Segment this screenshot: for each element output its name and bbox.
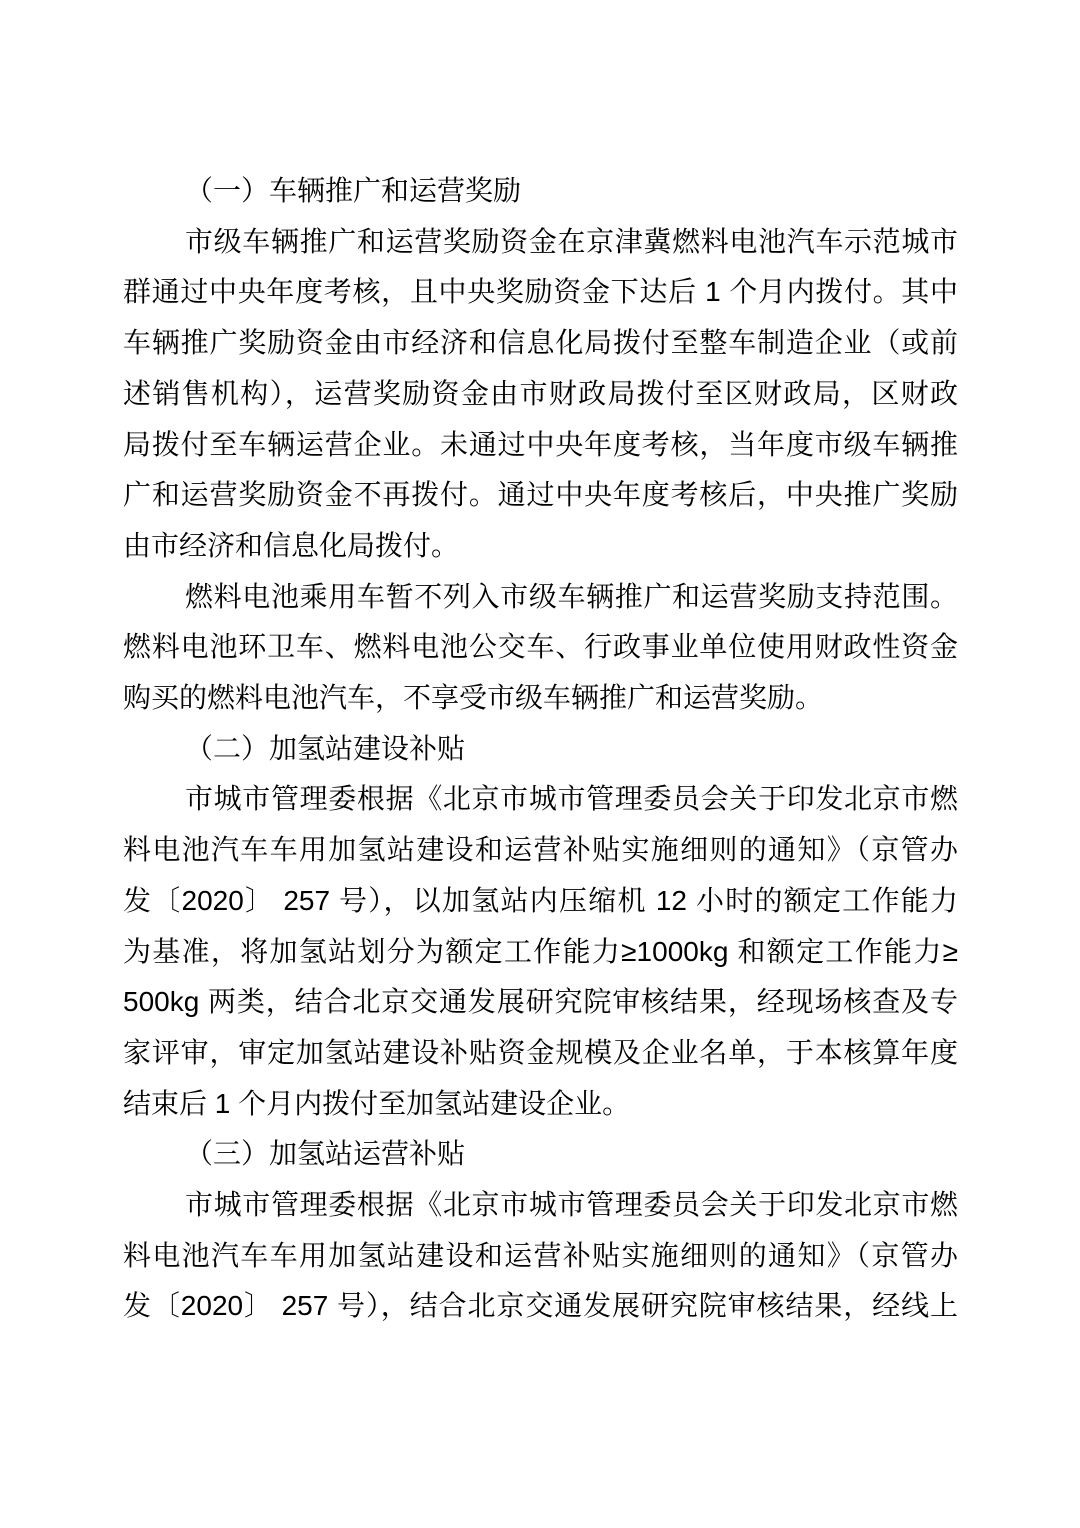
text-line: 局拨付至车辆运营企业。未通过中央年度考核，当年度市级车辆推 [123,420,958,471]
text-line: 为基准，将加氢站划分为额定工作能力≥1000kg 和额定工作能力≥ [123,927,958,978]
text-line: 由市经济和信息化局拨付。 [123,521,958,572]
text-line: 燃料电池环卫车、燃料电池公交车、行政事业单位使用财政性资金 [123,622,958,673]
text-line: 料电池汽车车用加氢站建设和运营补贴实施细则的通知》（京管办 [123,1231,958,1282]
text-line: 料电池汽车车用加氢站建设和运营补贴实施细则的通知》（京管办 [123,825,958,876]
text-line: 车辆推广奖励资金由市经济和信息化局拨付至整车制造企业（或前 [123,318,958,369]
section-heading: （二）加氢站建设补贴 [123,724,958,775]
text-line: 发〔2020〕 257 号），结合北京交通发展研究院审核结果，经线上 [123,1281,958,1332]
document-page: （一）车辆推广和运营奖励市级车辆推广和运营奖励资金在京津冀燃料电池汽车示范城市群… [0,0,1080,1528]
text-line: 市级车辆推广和运营奖励资金在京津冀燃料电池汽车示范城市 [123,217,958,268]
text-line: 广和运营奖励资金不再拨付。通过中央年度考核后，中央推广奖励 [123,470,958,521]
text-line: 家评审，审定加氢站建设补贴资金规模及企业名单，于本核算年度 [123,1028,958,1079]
text-line: 市城市管理委根据《北京市城市管理委员会关于印发北京市燃 [123,774,958,825]
document-text: （一）车辆推广和运营奖励市级车辆推广和运营奖励资金在京津冀燃料电池汽车示范城市群… [123,166,958,1332]
text-line: 购买的燃料电池汽车，不享受市级车辆推广和运营奖励。 [123,673,958,724]
text-line: 500kg 两类，结合北京交通发展研究院审核结果，经现场核查及专 [123,977,958,1028]
text-line: 述销售机构），运营奖励资金由市财政局拨付至区财政局，区财政 [123,369,958,420]
text-line: 群通过中央年度考核，且中央奖励资金下达后 1 个月内拨付。其中 [123,267,958,318]
text-line: 燃料电池乘用车暂不列入市级车辆推广和运营奖励支持范围。 [123,572,958,623]
text-line: 结束后 1 个月内拨付至加氢站建设企业。 [123,1079,958,1130]
section-heading: （三）加氢站运营补贴 [123,1129,958,1180]
text-line: 发〔2020〕 257 号），以加氢站内压缩机 12 小时的额定工作能力 [123,876,958,927]
section-heading: （一）车辆推广和运营奖励 [123,166,958,217]
text-line: 市城市管理委根据《北京市城市管理委员会关于印发北京市燃 [123,1180,958,1231]
